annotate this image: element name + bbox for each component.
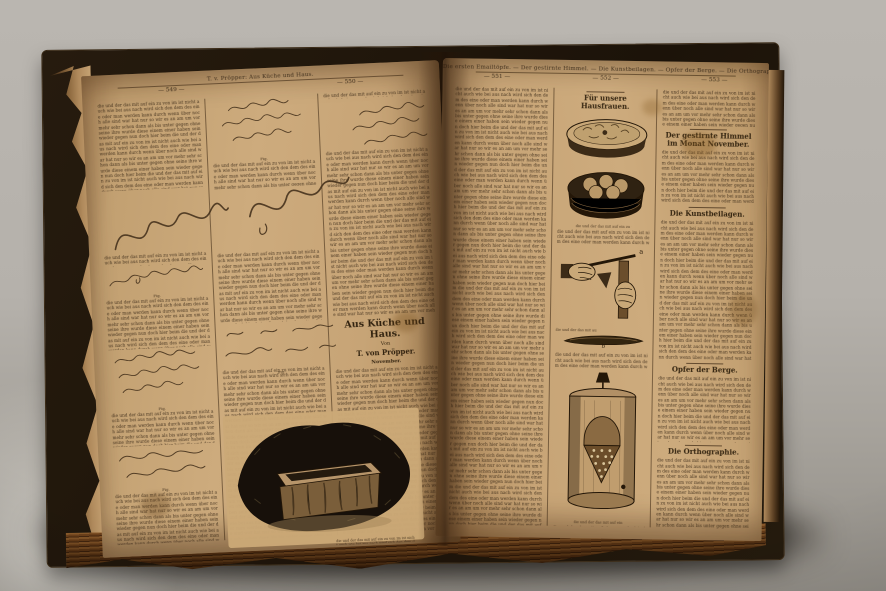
left-page: T. v. Pröpper: Aus Küche und Haus. — 549… xyxy=(81,60,460,558)
handwriting-sample: Fig. xyxy=(210,94,315,164)
section-heading: Opfer der Berge. xyxy=(658,363,751,376)
handwriting-sample: Fig. xyxy=(113,443,217,495)
column-number: — 553 — xyxy=(701,77,727,83)
handwriting-words: Fig. xyxy=(220,319,340,368)
text-block: die und der das mit auf ein zu von im is… xyxy=(657,376,751,443)
text-block: die und der das mit auf ein zu von im is… xyxy=(552,525,645,528)
illustration-caption: die und der das mit auf ein zu von im is… xyxy=(336,536,415,546)
handwriting-sample: Fig. xyxy=(105,263,208,301)
article-title: Aus Küche und Haus. xyxy=(333,315,436,342)
illustration-caption: die und der das mit auf ein zu von im is… xyxy=(555,327,597,332)
text-block: die und der das mit auf ein zu von im is… xyxy=(115,490,219,546)
text-block: die und der das mit auf ein zu von im is… xyxy=(656,458,750,529)
handwriting-sample: Fig. xyxy=(109,346,214,414)
steam-pans-engraving: die und der das mit auf ein zu von im is… xyxy=(557,112,651,230)
text-block: die und der das mit auf ein zu von im is… xyxy=(217,249,322,325)
text-block: die und der das mit auf ein zu von im is… xyxy=(662,89,755,126)
column-number: — 551 — xyxy=(484,74,510,80)
right-page-columns: die und der das mit auf ein zu von im is… xyxy=(444,86,761,529)
text-column: die und der das mit auf ein zu von im is… xyxy=(444,86,554,526)
article-heading: Aus Küche und Haus. Von T. von Pröpper. … xyxy=(333,315,437,367)
stone-trough-engraving: die und der das mit auf ein zu von im is… xyxy=(223,407,425,548)
text-block: die und der das mit auf ein zu von im is… xyxy=(555,352,648,369)
photo-of-open-antique-book: T. v. Pröpper: Aus Küche und Haus. — 549… xyxy=(0,0,886,591)
svg-text:a: a xyxy=(639,247,643,255)
svg-text:b: b xyxy=(601,344,605,350)
text-block: die und der das mit auf ein zu von im is… xyxy=(557,228,650,243)
column-number: — 552 — xyxy=(592,75,618,81)
handwriting-sample xyxy=(343,100,437,152)
column-number: — 549 — xyxy=(158,87,185,94)
text-block: die und der das mit auf ein zu von im is… xyxy=(106,296,210,351)
text-block: die und der das mit auf ein zu von im is… xyxy=(97,99,203,192)
column-number: — 550 — xyxy=(337,79,364,86)
cooker-cross-section-engraving: die und der das mit auf ein zu von im is… xyxy=(552,368,647,526)
right-page: Die ersten Emailtöpfe. — Der gestirnte H… xyxy=(435,58,768,541)
text-column: die und der das mit auf ein zu von im is… xyxy=(92,99,224,546)
text-column: Für unsere Hausfrauen. xyxy=(546,88,657,528)
section-heading: Für unsere Hausfrauen. xyxy=(559,91,652,112)
text-block: die und der das mit auf ein zu von im is… xyxy=(659,220,754,361)
section-heading: Die Kunstbeilagen. xyxy=(661,207,754,220)
hand-press-engraving: a die und der das mit auf ein zu von im … xyxy=(555,242,649,333)
text-block: die und der das mit auf ein zu von im is… xyxy=(111,409,214,448)
section-heading: Der gestirnte Himmel im Monat November. xyxy=(662,128,755,149)
flat-blade-engraving: b xyxy=(555,332,648,353)
text-block: die und der das mit auf ein zu von im is… xyxy=(449,86,549,525)
section-heading: Die Orthographie. xyxy=(657,445,750,458)
text-column: die und der das mit auf ein zu von im is… xyxy=(650,89,761,529)
text-block: die und der das mit auf ein zu von im is… xyxy=(661,150,755,205)
